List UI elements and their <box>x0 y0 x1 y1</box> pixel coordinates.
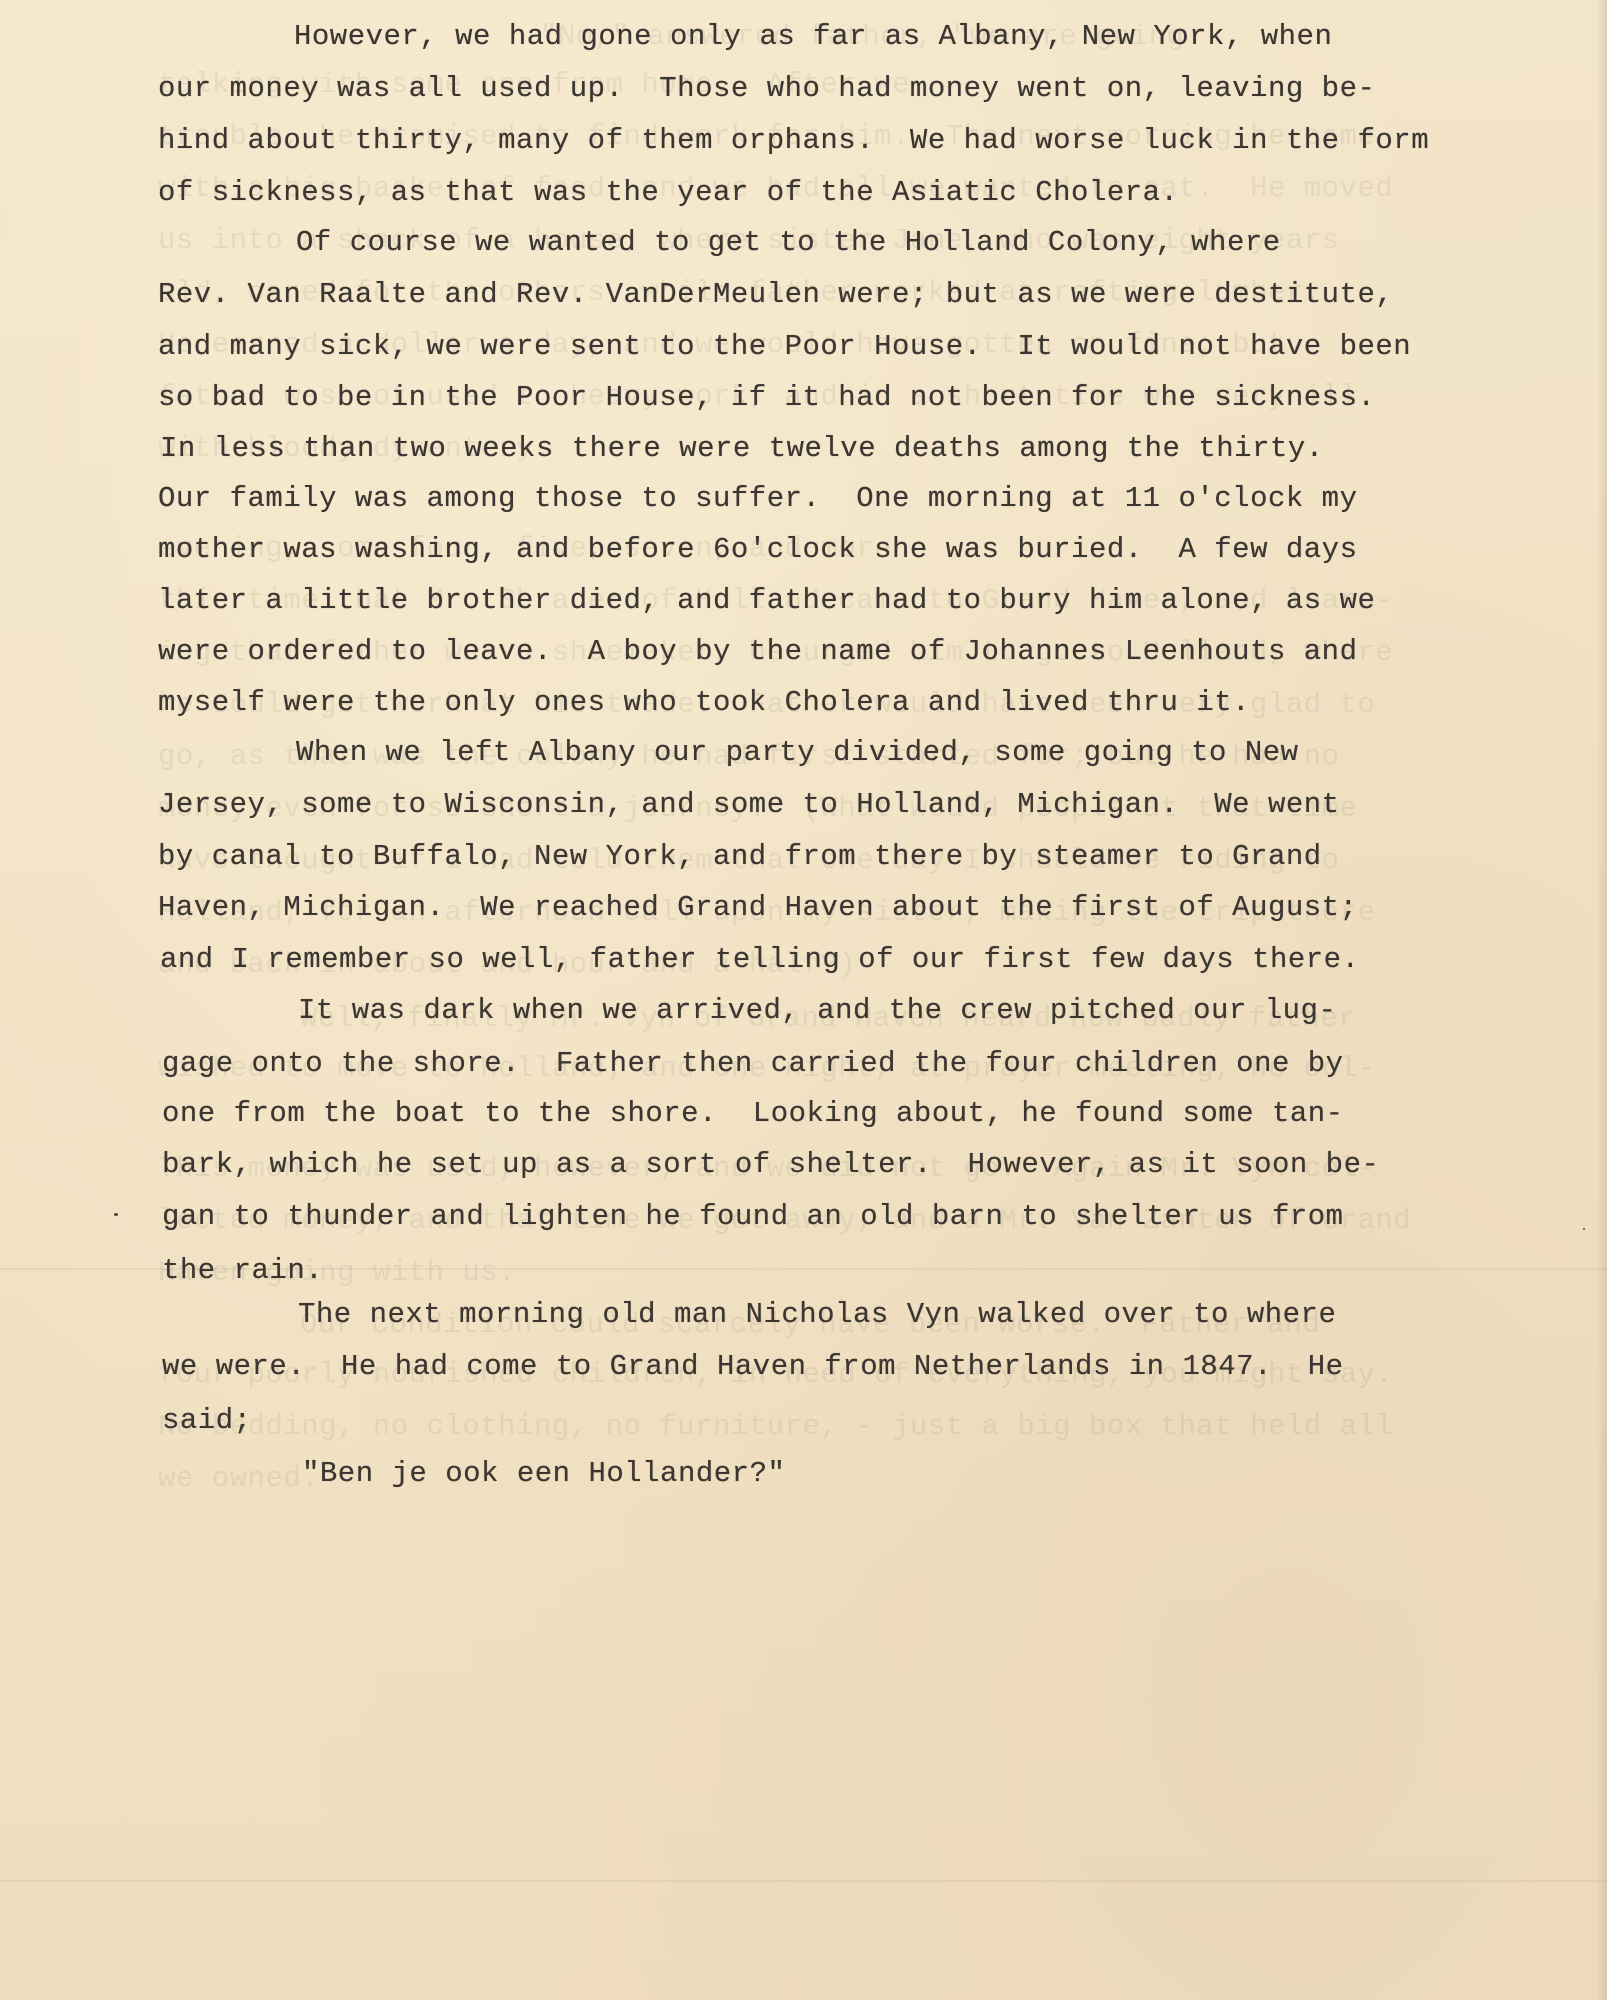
text-line: When we left Albany our party divided, s… <box>296 738 1299 767</box>
text-line: myself were the only ones who took Chole… <box>158 688 1250 717</box>
text-line: However, we had gone only as far as Alba… <box>294 22 1332 51</box>
paper-speck <box>1583 1228 1585 1230</box>
text-line: the rain. <box>162 1256 323 1285</box>
text-line: of sickness, as that was the year of the… <box>158 178 1178 207</box>
bleed-through-line: No bedding, no clothing, no furniture, -… <box>158 1412 1393 1441</box>
text-line: Jersey, some to Wisconsin, and some to H… <box>158 790 1340 819</box>
text-line: we were. He had come to Grand Haven from… <box>162 1352 1344 1381</box>
text-line: Our family was among those to suffer. On… <box>158 484 1358 513</box>
text-line: said; <box>162 1406 252 1435</box>
text-line: and I remember so well, father telling o… <box>160 945 1360 974</box>
text-line: Of course we wanted to get to the Hollan… <box>296 228 1281 257</box>
text-line: In less than two weeks there were twelve… <box>160 434 1324 463</box>
text-line: hind about thirty, many of them orphans.… <box>158 126 1429 155</box>
text-line: by canal to Buffalo, New York, and from … <box>158 842 1322 871</box>
text-line: It was dark when we arrived, and the cre… <box>298 996 1336 1025</box>
text-line: and many sick, we were sent to the Poor … <box>158 332 1411 361</box>
paper-fold-line <box>0 1880 1607 1882</box>
text-line: bark, which he set up as a sort of shelt… <box>162 1150 1379 1179</box>
text-line: Rev. Van Raalte and Rev. VanDerMeulen we… <box>158 280 1393 309</box>
text-line: were ordered to leave. A boy by the name… <box>158 637 1358 666</box>
text-line: Haven, Michigan. We reached Grand Haven … <box>158 893 1358 922</box>
bleed-through-line: we owned. <box>158 1464 319 1493</box>
paper-speck <box>114 1213 118 1216</box>
document-page: "No," answered father, "we are goingtalk… <box>0 0 1607 2000</box>
text-line: so bad to be in the Poor House, if it ha… <box>158 383 1375 412</box>
text-line: one from the boat to the shore. Looking … <box>162 1099 1344 1128</box>
text-line: mother was washing, and before 6o'clock … <box>158 535 1358 564</box>
text-line: later a little brother died, and father … <box>158 586 1375 615</box>
text-line: our money was all used up. Those who had… <box>158 74 1375 103</box>
paper-edge-shadow <box>1597 0 1607 2000</box>
text-line: gan to thunder and lighten he found an o… <box>162 1202 1344 1231</box>
text-line: gage onto the shore. Father then carried… <box>162 1049 1344 1078</box>
quoted-dutch-line: "Ben je ook een Hollander?" <box>302 1459 785 1488</box>
text-line: The next morning old man Nicholas Vyn wa… <box>298 1300 1336 1329</box>
